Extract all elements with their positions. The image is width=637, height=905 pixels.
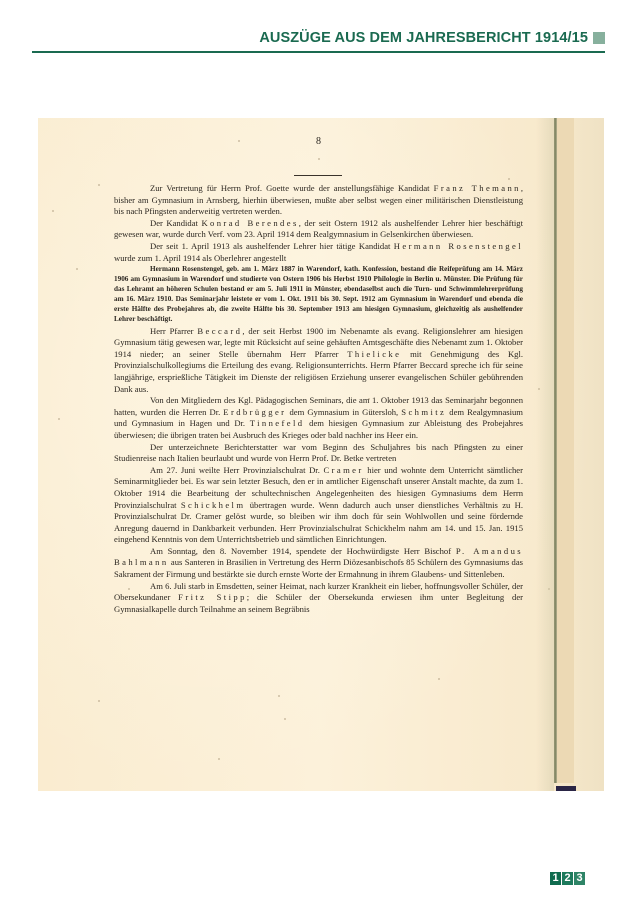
paper-speck [76,268,78,270]
binding-shadow [536,118,554,791]
paragraph: Der unterzeichnete Berichterstatter war … [114,442,523,465]
paper-speck [52,210,54,212]
spaced-name: Cramer [323,465,363,475]
scan-page-number: 8 [0,136,637,147]
text-segment: Am 27. Juni weilte Herr Provinzialschulr… [150,465,323,475]
text-segment: Hermann Rosenstengel, geb. am 1. März 18… [114,265,523,323]
paper-speck [284,718,286,720]
spaced-name: Beccard [197,326,242,336]
paragraph: Herr Pfarrer Beccard, der seit Herbst 19… [114,326,523,396]
spaced-name: Schickhelm [181,500,246,510]
binding-strip [557,118,574,783]
paragraph: Der Kandidat Konrad Berendes, der seit O… [114,218,523,241]
text-segment: Zur Vertretung für Herrn Prof. Goette wu… [150,183,434,193]
text-segment: dem Gymnasium in Gütersloh, [286,407,401,417]
paper-speck [58,418,60,420]
page-box-1: 1 [550,872,561,885]
text-segment: Der Kandidat [150,218,201,228]
binding-bottom [556,786,576,791]
header-square-icon [593,32,605,44]
binding-line [554,118,557,783]
text-segment: Herr Pfarrer [150,326,197,336]
paper-speck [278,695,280,697]
footnote-paragraph: Hermann Rosenstengel, geb. am 1. März 18… [114,265,523,324]
text-segment: Der seit 1. April 1913 als aushelfender … [150,241,394,251]
paragraph: Am 6. Juli starb in Emsdetten, seiner He… [114,581,523,616]
paragraph: Von den Mitgliedern des Kgl. Pädagogisch… [114,395,523,441]
header-rule [32,51,605,53]
text-segment: Am Sonntag, den 8. November 1914, spende… [150,546,456,556]
scan-text-block: Zur Vertretung für Herrn Prof. Goette wu… [114,183,523,615]
spaced-name: Konrad Berendes [201,218,298,228]
page-box-2: 2 [562,872,573,885]
paragraph: Am 27. Juni weilte Herr Provinzialschulr… [114,465,523,546]
paper-speck [508,178,510,180]
page-box-3: 3 [574,872,585,885]
paper-speck [218,758,220,760]
paper-speck [98,184,100,186]
header-title: AUSZÜGE AUS DEM JAHRESBERICHT 1914/15 [259,30,588,46]
page-number-rule [294,175,342,176]
text-segment: aus Santeren in Brasilien in Vertretung … [114,557,523,579]
paragraph: Am Sonntag, den 8. November 1914, spende… [114,546,523,581]
spaced-name: Franz Themann [434,183,521,193]
pager: 123 [550,872,585,885]
text-segment: wurde zum 1. April 1914 als Oberlehrer a… [114,253,286,263]
spaced-name: Thielicke [347,349,401,359]
spaced-name: Tinnefeld [250,418,305,428]
text-segment: Der unterzeichnete Berichterstatter war … [114,442,523,464]
spaced-name: Erdbrügger [223,407,286,417]
paragraph: Der seit 1. April 1913 als aushelfender … [114,241,523,264]
paper-speck [98,700,100,702]
spaced-name: Schmitz [401,407,446,417]
paragraph: Zur Vertretung für Herrn Prof. Goette wu… [114,183,523,218]
spaced-name: Hermann Rosenstengel [394,241,523,251]
paper-speck [438,678,440,680]
paper-speck [318,158,320,160]
spaced-name: Fritz Stipp [178,592,247,602]
